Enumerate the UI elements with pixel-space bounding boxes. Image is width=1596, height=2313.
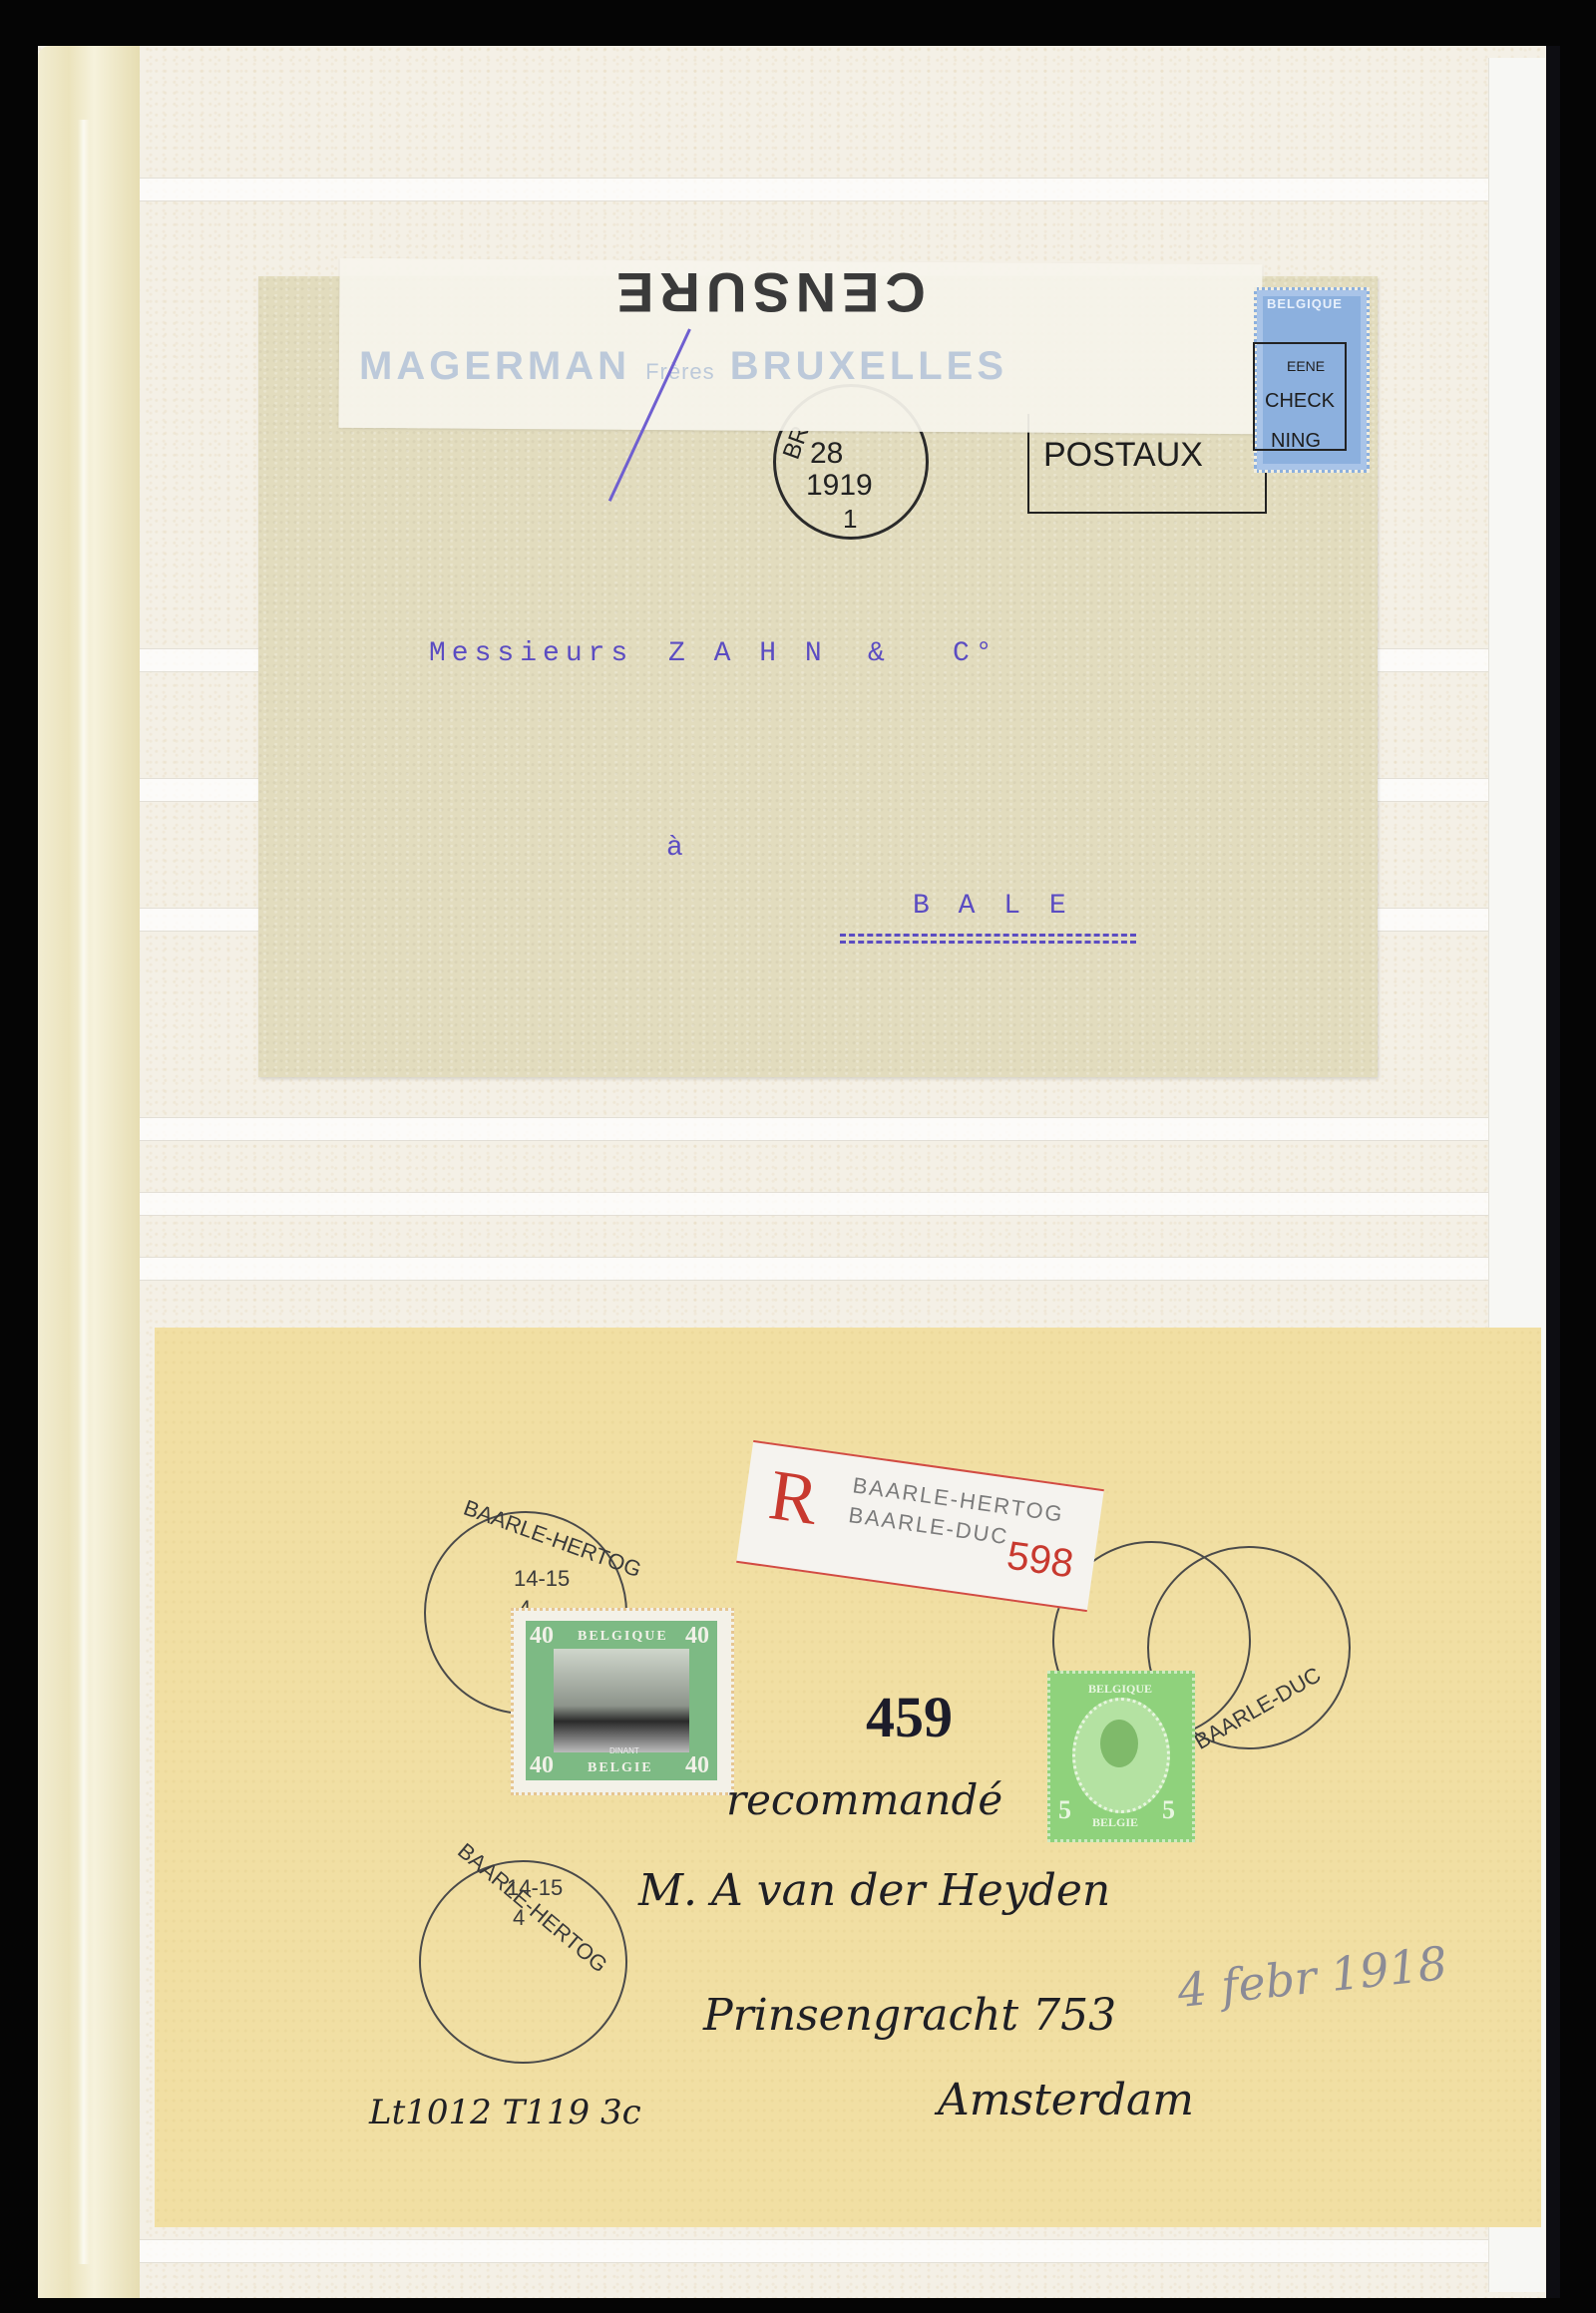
stamp-5c-king-albert[interactable]: BELGIQUE BELGIE 5 5 [1047,1671,1195,1842]
address-salutation: Messieurs [429,638,633,669]
address-city: B A L E [913,891,1072,922]
censor-tape-text: CENSURE MILITAIRE [469,261,1067,323]
sender-city: BRUXELLES [730,344,1007,388]
stamp-value: 5 [1058,1795,1071,1825]
stamp-value-corner: 40 [530,1623,554,1650]
registration-letter: R [764,1453,823,1542]
stamp-top-label: BELGIQUE [578,1629,668,1645]
album-cover-edge [1546,46,1560,2310]
postmark-number: 1 [843,504,857,535]
stamp-value: 5 [1162,1795,1175,1825]
address-co: C° [953,638,998,669]
stamp-portrait [1100,1720,1138,1767]
sender-name: MAGERMAN [359,344,630,388]
stamp-scene-caption: DINANT [609,1746,639,1755]
stock-strip [140,1192,1488,1216]
album-bottom-edge [0,2298,1596,2313]
address-company: Z A H N [668,638,828,669]
cover-number-mark: 459 [866,1684,953,1750]
spine-highlight [78,120,90,2264]
handwritten-recommande: recommandé [726,1775,1002,1824]
sender-name-suffix: Frères [645,359,715,384]
stock-strip [140,1257,1488,1281]
stamp-40c-dinant[interactable]: 40 40 40 40 BELGIQUE BELGIE DINANT [511,1608,734,1795]
stock-strip [140,1117,1488,1141]
address-a: à [666,833,689,864]
handwritten-city: Amsterdam [938,2075,1194,2125]
stamp-bottom-label: BELGIE [588,1760,653,1776]
stamp-country: BELGIQUE [1267,296,1343,311]
stock-strip [140,2239,1488,2263]
postmark-month: 4 [513,1905,525,1931]
postmark-year: 1919 [806,469,873,503]
cancel-line: EENE [1287,358,1325,374]
registration-number: 598 [1004,1534,1076,1588]
stamp-value-corner: 40 [685,1752,709,1779]
handwritten-street: Prinsengracht 753 [703,1990,1116,2041]
handwritten-addressee: M. A van der Heyden [638,1865,1110,1916]
catalogue-note: Lt1012 T119 3c [369,2093,641,2132]
address-city-underline [840,934,1136,944]
stamp-scene-bridge [554,1649,689,1752]
sender-imprint: MAGERMAN Frères BRUXELLES [359,344,1007,389]
postmark-time: 14-15 [507,1875,563,1901]
postmark-day: 28 [810,437,843,471]
stamp-value-corner: 40 [685,1623,709,1650]
stamp-blue-belgique[interactable]: BELGIQUE EENE CHECK NING [1254,287,1370,473]
stamp-value-corner: 40 [530,1752,554,1779]
postmark-time: 14-15 [514,1566,570,1592]
address-ampersand: & [868,638,891,669]
machine-cancel-text: POSTAUX [1043,436,1203,474]
stock-strip [140,178,1488,201]
cancel-line: NING [1271,430,1321,453]
stamp-bottom-label: BELGIE [1092,1815,1138,1830]
cancel-line: CHECK [1265,390,1335,413]
stamp-top-label: BELGIQUE [1088,1682,1152,1697]
